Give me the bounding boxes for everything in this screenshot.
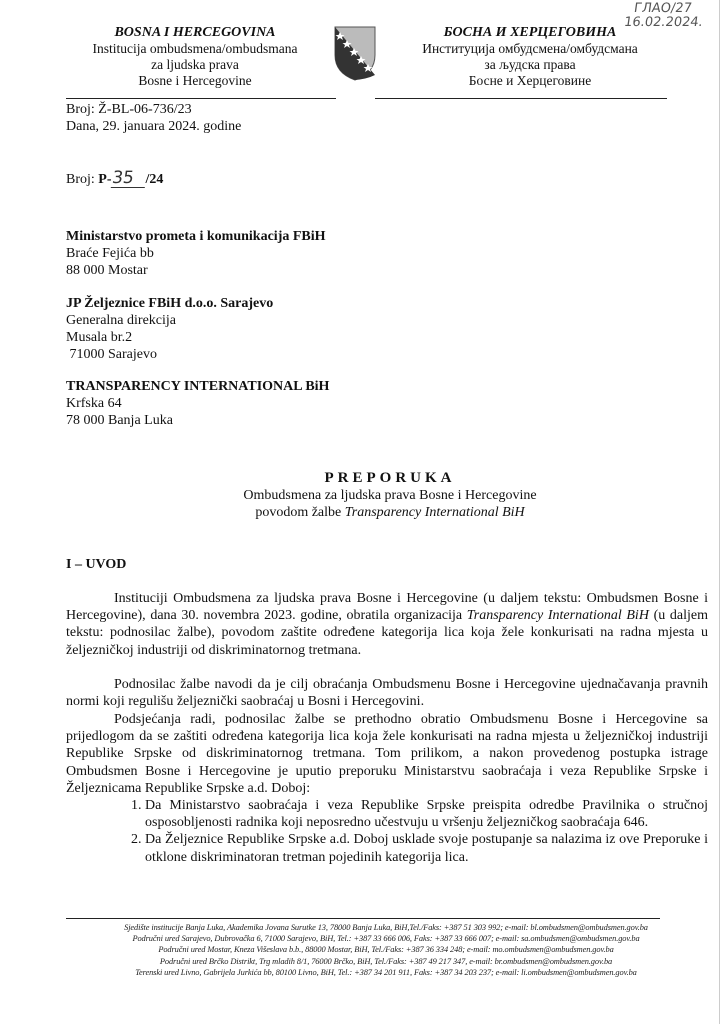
incoming-number: Broj: P-35/24 — [66, 170, 163, 188]
recipient-2: JP Željeznice FBiH d.o.o. Sarajevo Gener… — [66, 295, 273, 363]
footer-line: Područni ured Sarajevo, Dubrovačka 6, 71… — [66, 933, 706, 944]
footer-line: Sjedište institucije Banja Luka, Akademi… — [66, 922, 706, 933]
recipient-line: Musala br.2 — [66, 329, 273, 346]
recipient-name: JP Željeznice FBiH d.o.o. Sarajevo — [66, 295, 273, 312]
recipient-line: Generalna direkcija — [66, 312, 273, 329]
footer-contacts: Sjedište institucije Banja Luka, Akademi… — [66, 922, 706, 978]
footer-line: Područni ured Brčko Distrikt, Trg mladih… — [66, 956, 706, 967]
subtitle-prefix: povodom žalbe — [255, 505, 344, 520]
recipient-name: Ministarstvo prometa i komunikacija FBiH — [66, 228, 326, 245]
paragraph-1-italic: Transparency International BiH — [467, 608, 649, 623]
letterhead-right-line: Босне и Херцеговине — [395, 73, 665, 89]
recipient-3: TRANSPARENCY INTERNATIONAL BiH Krfska 64… — [66, 378, 329, 429]
letterhead-rule-right — [375, 98, 667, 99]
title-block: PREPORUKA Ombudsmena za ljudska prava Bo… — [180, 470, 600, 521]
document-title: PREPORUKA — [180, 470, 600, 487]
scan-edge — [719, 0, 720, 1024]
recipient-line: 88 000 Mostar — [66, 262, 326, 279]
reference-block: Broj: Ž-BL-06-736/23 Dana, 29. januara 2… — [66, 101, 241, 135]
footer-rule — [66, 918, 660, 919]
recipient-line: 71000 Sarajevo — [66, 346, 273, 363]
paragraph-2: Podnosilac žalbe navodi da je cilj obrać… — [66, 676, 708, 710]
document-subtitle-2: povodom žalbe Transparency International… — [180, 504, 600, 521]
bih-coat-of-arms-icon — [333, 25, 377, 81]
paragraph-2-text: Podnosilac žalbe navodi da je cilj obrać… — [66, 677, 708, 709]
paragraph-1: Instituciji Ombudsmena za ljudska prava … — [66, 590, 708, 659]
recipient-name: TRANSPARENCY INTERNATIONAL BiH — [66, 378, 329, 395]
recipient-line: Krfska 64 — [66, 395, 329, 412]
recipient-1: Ministarstvo prometa i komunikacija FBiH… — [66, 228, 326, 279]
list-item-number: 1. — [113, 797, 145, 831]
paragraph-3: Podsjećanja radi, podnosilac žalbe se pr… — [66, 711, 708, 797]
incoming-label: Broj: — [66, 172, 98, 187]
footer-line: Područni ured Mostar, Kneza Višeslava b.… — [66, 944, 706, 955]
list-item-text: Da Ministarstvo saobraćaja i veza Republ… — [145, 797, 708, 831]
letterhead-left-line: Institucija ombudsmena/ombudsmana — [70, 41, 320, 57]
letterhead-left-line: za ljudska prava — [70, 57, 320, 73]
letterhead-rule-left — [66, 98, 336, 99]
section-heading: I – UVOD — [66, 556, 126, 573]
letterhead-left-title: BOSNA I HERCEGOVINA — [70, 25, 320, 41]
recipient-line: Braće Fejića bb — [66, 245, 326, 262]
incoming-prefix: P- — [98, 172, 111, 187]
subtitle-italic: Transparency International BiH — [345, 505, 525, 520]
paragraph-3-text: Podsjećanja radi, podnosilac žalbe se pr… — [66, 712, 708, 796]
incoming-suffix: /24 — [146, 172, 164, 187]
letterhead-right-line: за људска права — [395, 57, 665, 73]
list-item-text: Da Željeznice Republike Srpske a.d. Dobo… — [145, 831, 708, 865]
handwritten-date: 16.02.2024. — [623, 16, 704, 30]
list-item: 1. Da Ministarstvo saobraćaja i veza Rep… — [113, 797, 708, 831]
list-item-number: 2. — [113, 831, 145, 865]
reference-date: Dana, 29. januara 2024. godine — [66, 118, 241, 135]
reference-number: Broj: Ž-BL-06-736/23 — [66, 101, 241, 118]
document-subtitle: Ombudsmena za ljudska prava Bosne i Herc… — [180, 487, 600, 504]
handwritten-code: ГЛАО/27 — [625, 2, 706, 16]
handwritten-registration: ГЛАО/27 16.02.2024. — [623, 2, 706, 30]
recipient-line: 78 000 Banja Luka — [66, 412, 329, 429]
recommendation-list: 1. Da Ministarstvo saobraćaja i veza Rep… — [113, 797, 708, 866]
letterhead-left: BOSNA I HERCEGOVINA Institucija ombudsme… — [70, 25, 320, 89]
letterhead-right: БОСНА И ХЕРЦЕГОВИНА Институција омбудсме… — [395, 25, 665, 89]
footer-line: Terenski ured Livno, Gabrijela Jurkića b… — [66, 967, 706, 978]
incoming-handwritten: 35 — [110, 170, 147, 188]
letterhead-left-line: Bosne i Hercegovine — [70, 73, 320, 89]
letterhead-right-line: Институција омбудсмена/омбудсмана — [395, 41, 665, 57]
list-item: 2. Da Željeznice Republike Srpske a.d. D… — [113, 831, 708, 865]
